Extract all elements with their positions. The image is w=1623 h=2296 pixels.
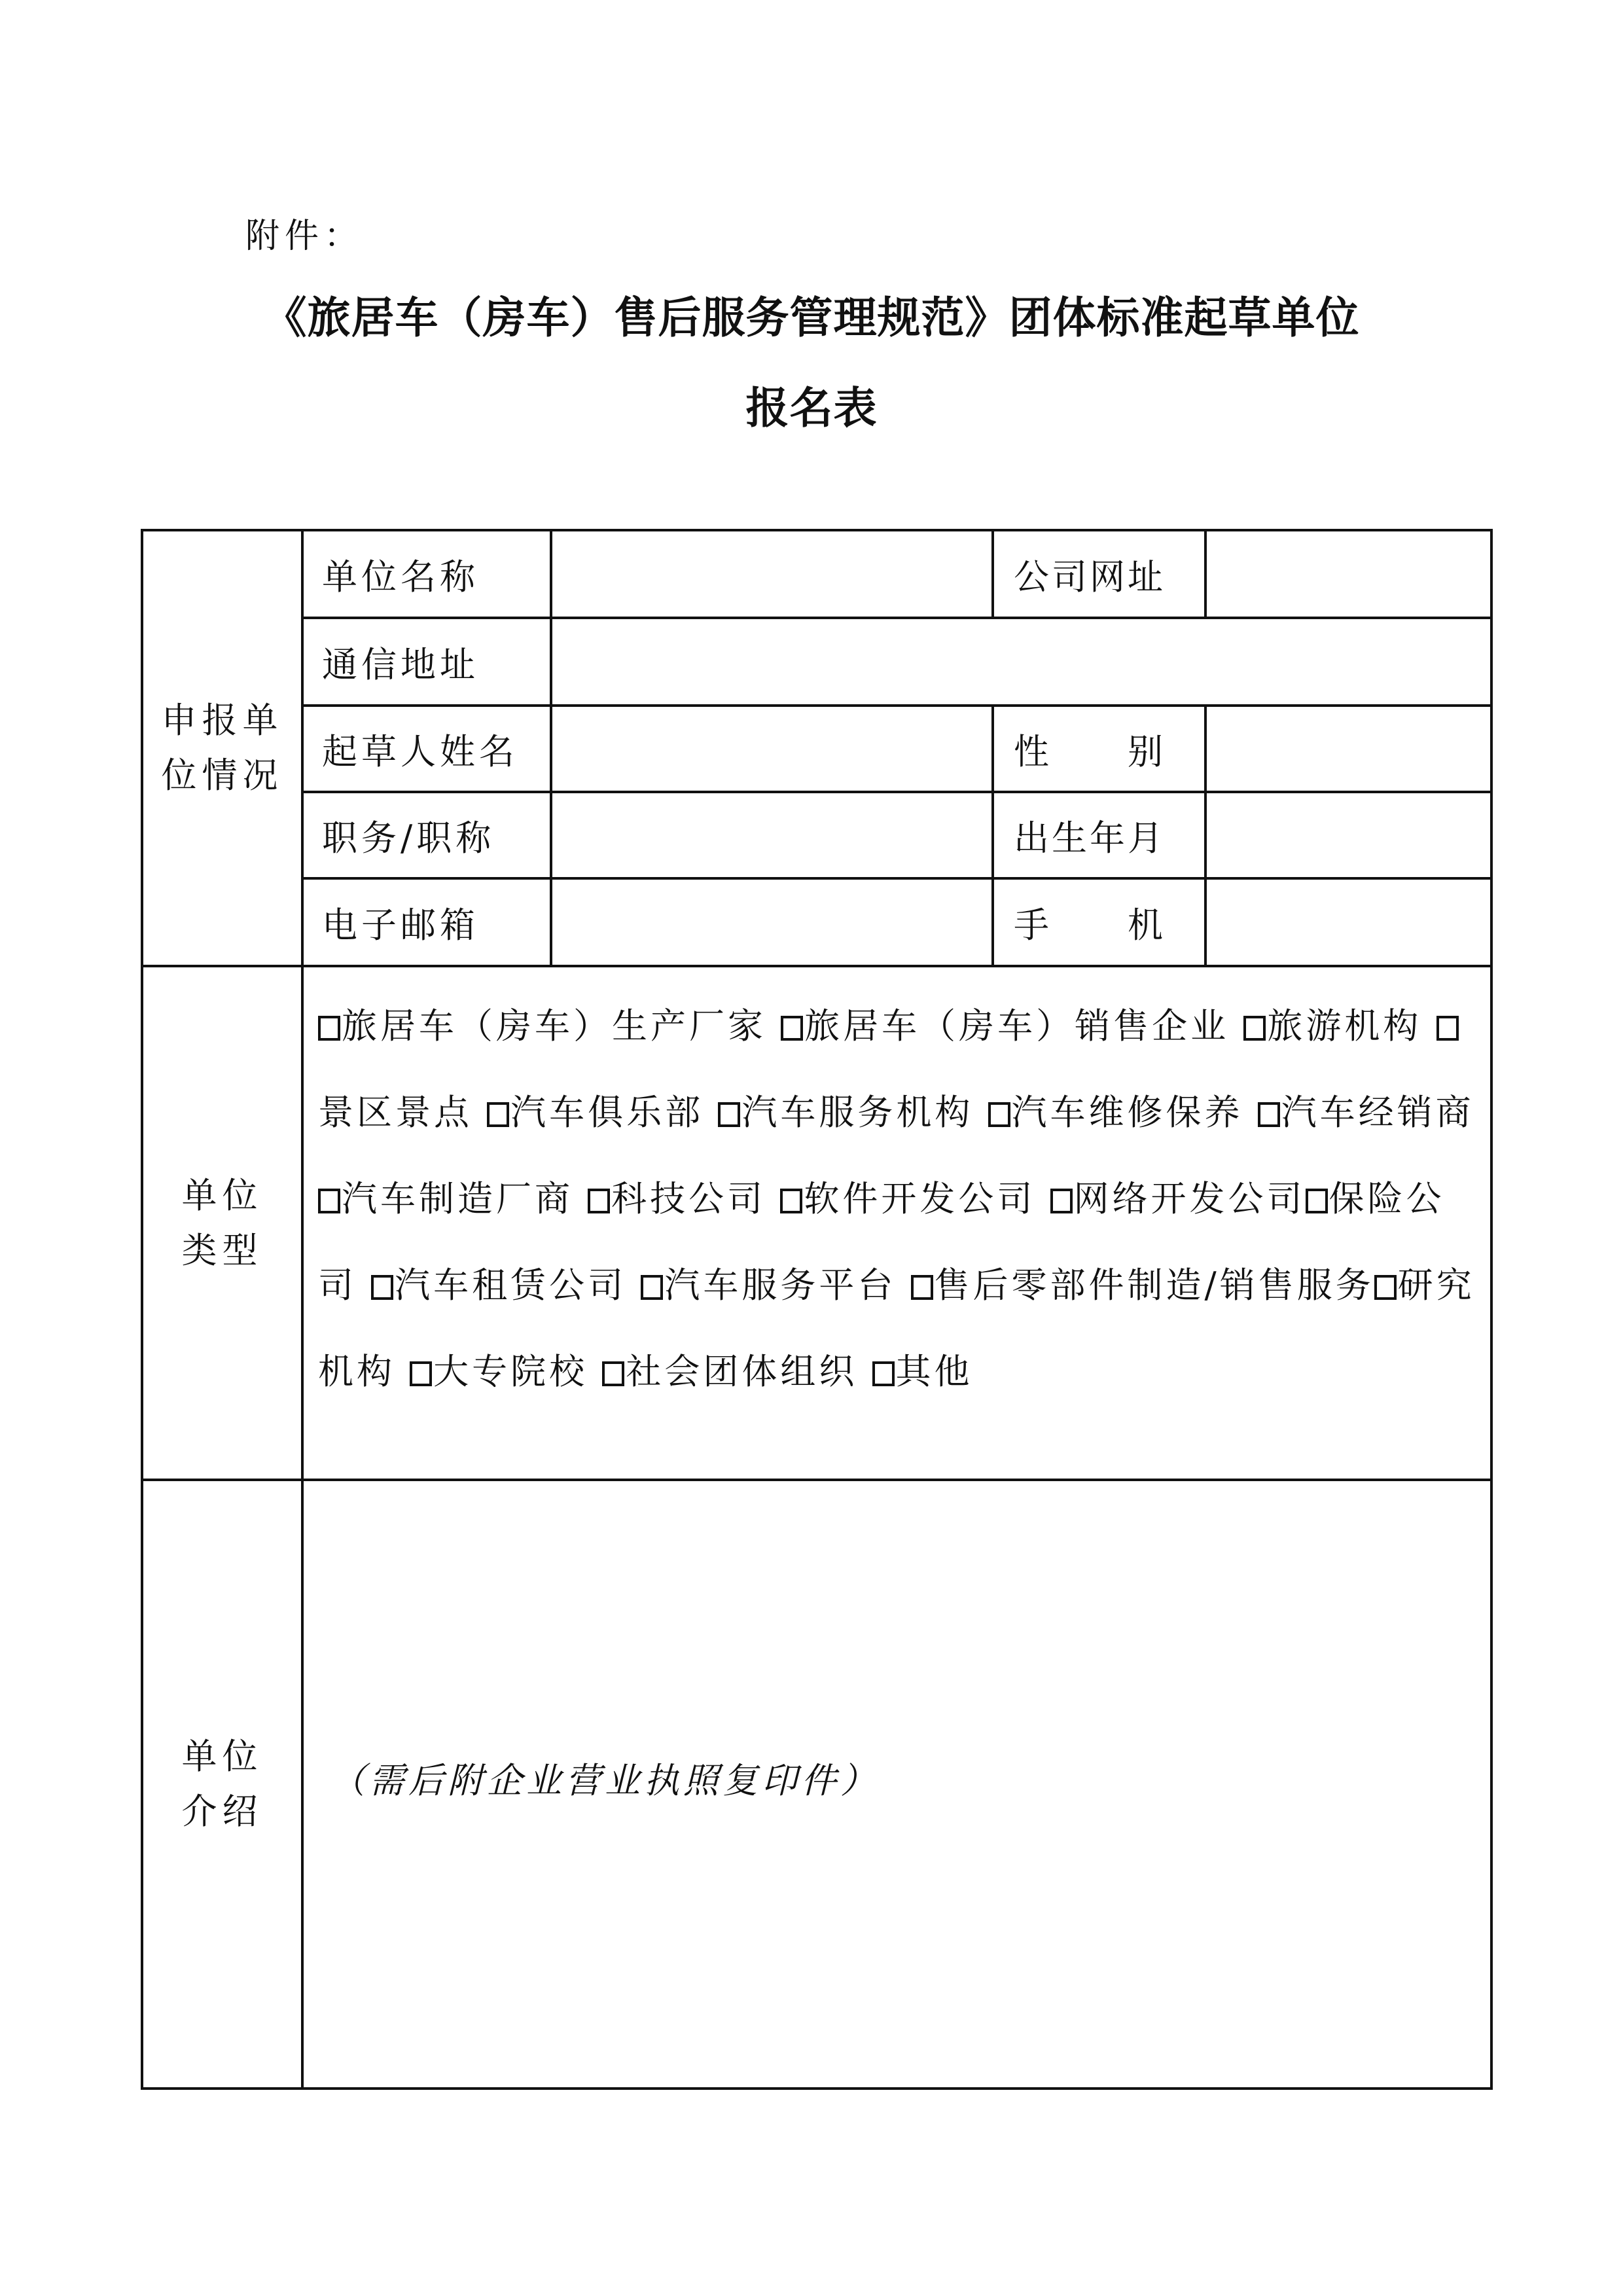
checkbox-icon[interactable] [911,1275,933,1300]
section-label-applicant: 申报单 位情况 [142,530,302,966]
checkbox-icon[interactable] [588,1189,610,1213]
section-label-unit-type: 单位 类型 [142,966,302,1480]
unit-type-option[interactable]: 网络开发公司 [1050,1178,1306,1219]
email-field[interactable] [551,878,993,966]
mobile-field[interactable] [1205,878,1491,966]
section-label-unit-intro: 单位 介绍 [142,1480,302,2089]
unit-type-option[interactable]: 汽车维修保养 [988,1092,1243,1133]
unit-type-option[interactable]: 社会团体组织 [602,1351,857,1392]
label-email: 电子邮箱 [302,878,551,966]
unit-type-option[interactable]: 大专院校 [410,1351,588,1392]
label-drafter-name: 起草人姓名 [302,706,551,792]
registration-form-table: 申报单 位情况 单位名称 公司网址 通信地址 起草人姓名 性 别 职务/职称 出… [141,529,1493,2090]
mailing-address-field[interactable] [551,618,1491,706]
unit-type-option[interactable]: 旅居车（房车）销售企业 [781,1005,1229,1047]
form-row-unit-intro: 单位 介绍 （需后附企业营业执照复印件） [142,1480,1491,2089]
form-row-email: 电子邮箱 手 机 [142,878,1491,966]
checkbox-icon[interactable] [1243,1016,1266,1041]
unit-type-option[interactable]: 汽车服务机构 [718,1092,973,1133]
checkbox-icon[interactable] [1436,1016,1459,1041]
label-company-website: 公司网址 [993,530,1205,618]
label-position-title: 职务/职称 [302,792,551,878]
unit-type-option[interactable]: 旅游机构 [1243,1005,1421,1047]
form-row-position: 职务/职称 出生年月 [142,792,1491,878]
checkbox-icon[interactable] [872,1361,895,1386]
checkbox-icon[interactable] [1306,1189,1328,1213]
label-mobile: 手 机 [993,878,1205,966]
position-title-field[interactable] [551,792,993,878]
checkbox-icon[interactable] [988,1102,1010,1127]
unit-type-options: 旅居车（房车）生产厂家 旅居车（房车）销售企业 旅游机构 景区景点 汽车俱乐部 … [302,966,1491,1480]
checkbox-icon[interactable] [1374,1275,1397,1300]
checkbox-icon[interactable] [371,1275,393,1300]
checkbox-icon[interactable] [641,1275,663,1300]
intro-note: （需后附企业营业执照复印件） [330,1760,880,1801]
gender-field[interactable] [1205,706,1491,792]
unit-type-option[interactable]: 汽车经销商 [1258,1092,1474,1133]
checkbox-icon[interactable] [487,1102,509,1127]
checkbox-icon[interactable] [1258,1102,1280,1127]
label-birth-date: 出生年月 [993,792,1205,878]
label-mailing-address: 通信地址 [302,618,551,706]
company-website-field[interactable] [1205,530,1491,618]
label-gender: 性 别 [993,706,1205,792]
checkbox-icon[interactable] [718,1102,740,1127]
unit-type-option[interactable]: 旅居车（房车）生产厂家 [318,1005,766,1047]
unit-type-option[interactable]: 科技公司 [588,1178,766,1219]
checkbox-icon[interactable] [318,1189,340,1213]
checkbox-icon[interactable] [1050,1189,1073,1213]
unit-type-option[interactable]: 汽车服务平台 [641,1265,896,1306]
checkbox-icon[interactable] [318,1016,340,1041]
document-subtitle: 报名表 [0,373,1623,435]
unit-type-option[interactable]: 其他 [872,1351,973,1392]
unit-intro-field[interactable]: （需后附企业营业执照复印件） [302,1480,1491,2089]
checkbox-icon[interactable] [602,1361,624,1386]
unit-type-option[interactable]: 汽车租赁公司 [371,1265,626,1306]
checkbox-icon[interactable] [780,1189,802,1213]
unit-name-field[interactable] [551,530,993,618]
unit-type-option[interactable]: 软件开发公司 [780,1178,1035,1219]
form-row-address: 通信地址 [142,618,1491,706]
unit-type-option[interactable]: 汽车制造厂商 [318,1178,573,1219]
form-row-drafter-name: 起草人姓名 性 别 [142,706,1491,792]
label-unit-name: 单位名称 [302,530,551,618]
form-row-unit-type: 单位 类型 旅居车（房车）生产厂家 旅居车（房车）销售企业 旅游机构 景区景点 … [142,966,1491,1480]
checkbox-icon[interactable] [410,1361,432,1386]
drafter-name-field[interactable] [551,706,993,792]
unit-type-option[interactable]: 汽车俱乐部 [487,1092,704,1133]
unit-type-option[interactable]: 售后零部件制造/销售服务 [911,1265,1374,1306]
form-row-unit-name: 申报单 位情况 单位名称 公司网址 [142,530,1491,618]
checkbox-icon[interactable] [781,1016,803,1041]
birth-date-field[interactable] [1205,792,1491,878]
attachment-label: 附件： [245,208,363,257]
document-title: 《旅居车（房车）售后服务管理规范》团体标准起草单位 [0,283,1623,345]
